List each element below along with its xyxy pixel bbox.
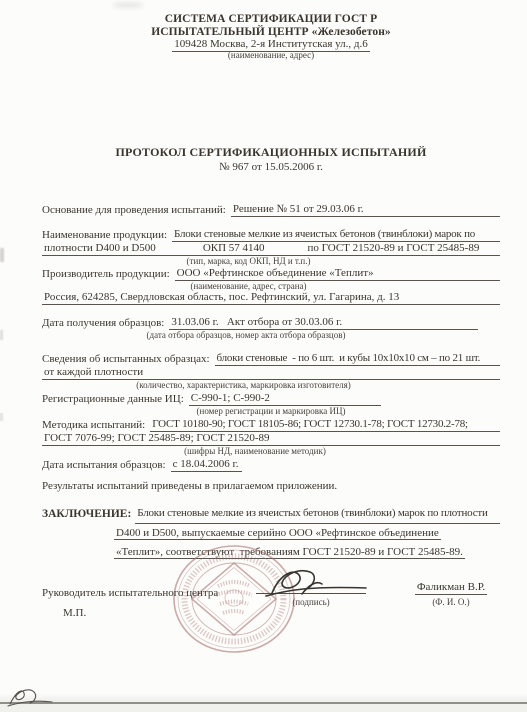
scan-edge-mark — [0, 330, 3, 340]
field-receipt-date: Дата получения образцов:31.03.06 г. Акт … — [42, 316, 500, 330]
document-title: ПРОТОКОЛ СЕРТИФИКАЦИОННЫХ ИСПЫТАНИЙ — [42, 145, 500, 160]
seal-place-abbr: М.П. — [63, 607, 86, 619]
field-caption: (тип, марка, код ОКП, НД и т.п.) — [42, 256, 455, 266]
underline-fill — [490, 523, 500, 524]
scan-edge-mark — [0, 413, 3, 421]
field-value: ГОСТ 10180-90; ГОСТ 18105-86; ГОСТ 12730… — [150, 418, 471, 432]
signatory-name: Фаликман В.Р. — [406, 581, 496, 594]
field-value: Блоки стеновые мелкие из ячеистых бетоно… — [172, 228, 478, 242]
letterhead-caption: (наименование, адрес) — [42, 50, 500, 60]
field-method: Методика испытаний:ГОСТ 10180-90; ГОСТ 1… — [42, 418, 500, 432]
field-value: блоки стеновые - по 6 шт. и кубы 10х10х1… — [215, 352, 484, 366]
field-value: Решение № 51 от 29.03.06 г. — [231, 203, 367, 217]
field-label: Дата испытания образцов: — [42, 459, 171, 472]
underline-fill — [482, 255, 500, 256]
document-number-date: № 967 от 15.05.2006 г. — [42, 160, 500, 174]
field-caption: (наименование, адрес, страна) — [42, 281, 455, 291]
conclusion-label: ЗАКЛЮЧЕНИЕ: — [42, 505, 135, 524]
field-method-line2: ГОСТ 7076-99; ГОСТ 25485-89; ГОСТ 21520-… — [42, 432, 500, 446]
field-label: Сведения об испытанных образцах: — [42, 353, 215, 366]
scan-edge-mark — [0, 248, 4, 262]
underline-fill — [471, 431, 500, 432]
field-value: ГОСТ 7076-99; ГОСТ 25485-89; ГОСТ 21520-… — [42, 432, 273, 446]
field-label: Производитель продукции: — [42, 268, 175, 281]
field-value: с 18.04.2006 г. — [171, 458, 242, 472]
field-label: Дата получения образцов: — [42, 317, 169, 330]
signatory-role: Руководитель испытательного центра — [42, 587, 218, 600]
signatory-name-caption: (Ф. И. О.) — [406, 597, 496, 607]
field-value: С-990-1; С-990-2 — [189, 392, 273, 406]
underline-fill — [367, 216, 500, 217]
field-caption: (дата отбора образцов, номер акта отбора… — [42, 330, 450, 340]
scanned-document-page: СИСТЕМА СЕРТИФИКАЦИИ ГОСТ Р ИСПЫТАТЕЛЬНЫ… — [0, 0, 527, 712]
conclusion-line1: ЗАКЛЮЧЕНИЕ:Блоки стеновые мелкие из ячеи… — [42, 504, 500, 524]
field-manufacturer: Производитель продукции:ООО «Рефтинское … — [42, 267, 500, 281]
field-label: Методика испытаний: — [42, 419, 150, 432]
underline-fill — [377, 280, 500, 281]
certification-system-line: СИСТЕМА СЕРТИФИКАЦИИ ГОСТ Р — [42, 13, 500, 26]
document-content: СИСТЕМА СЕРТИФИКАЦИИ ГОСТ Р ИСПЫТАТЕЛЬНЫ… — [42, 0, 500, 562]
underline-fill — [402, 304, 500, 305]
conclusion-line2: D400 и D500, выпускаемые серийно ООО «Ре… — [114, 524, 500, 543]
test-center-name: ИСПЫТАТЕЛЬНЫЙ ЦЕНТР «Железобетон» — [42, 26, 500, 39]
field-value: от каждой плотности — [42, 366, 146, 380]
field-value: ОКП 57 4140 — [201, 242, 268, 256]
field-label: Регистрационные данные ИЦ: — [42, 393, 189, 406]
corner-scribble — [6, 684, 56, 710]
letterhead: СИСТЕМА СЕРТИФИКАЦИИ ГОСТ Р ИСПЫТАТЕЛЬНЫ… — [42, 0, 500, 60]
results-note: Результаты испытаний приведены в прилага… — [42, 480, 500, 493]
field-manufacturer-address: Россия, 624285, Свердловская область, по… — [42, 291, 500, 305]
field-value: ООО «Рефтинское объединение «Теплит» — [175, 267, 377, 281]
underline-fill — [483, 365, 500, 366]
field-product-line2: плотности D400 и D500ОКП 57 4140по ГОСТ … — [42, 242, 500, 256]
field-samples-line2: от каждой плотности — [42, 366, 500, 380]
field-label: Основание для проведения испытаний: — [42, 204, 231, 217]
field-test-date: Дата испытания образцов:с 18.04.2006 г. — [42, 458, 500, 472]
field-value: по ГОСТ 21520-89 и ГОСТ 25485-89 — [306, 242, 483, 256]
conclusion-text: Блоки стеновые мелкие из ячеистых бетоно… — [135, 504, 489, 524]
field-caption: (номер регистрации и маркировка ИЦ) — [42, 406, 500, 416]
field-caption: (шифры НД, наименование методик) — [42, 446, 468, 456]
field-value: плотности D400 и D500 — [42, 242, 159, 256]
field-product: Наименование продукции:Блоки стеновые ме… — [42, 228, 500, 242]
scan-edge-strip — [0, 704, 527, 712]
scan-shadow — [0, 693, 527, 702]
document-title-block: ПРОТОКОЛ СЕРТИФИКАЦИОННЫХ ИСПЫТАНИЙ № 96… — [42, 145, 500, 174]
field-samples: Сведения об испытанных образцах:блоки ст… — [42, 352, 500, 366]
field-registration: Регистрационные данные ИЦ:С-990-1; С-990… — [42, 392, 500, 406]
field-value: 31.03.06 г. Акт отбора от 30.03.06 г. — [169, 316, 345, 330]
field-caption: (количество, характеристика, маркировка … — [42, 380, 445, 390]
field-basis: Основание для проведения испытаний:Решен… — [42, 203, 500, 217]
handwritten-signature — [258, 560, 373, 605]
field-value: Россия, 624285, Свердловская область, по… — [42, 291, 402, 305]
underline-fill — [345, 329, 478, 330]
field-label: Наименование продукции: — [42, 229, 172, 242]
test-center-address: 109428 Москва, 2-я Институтская ул., д.6 — [42, 38, 500, 50]
